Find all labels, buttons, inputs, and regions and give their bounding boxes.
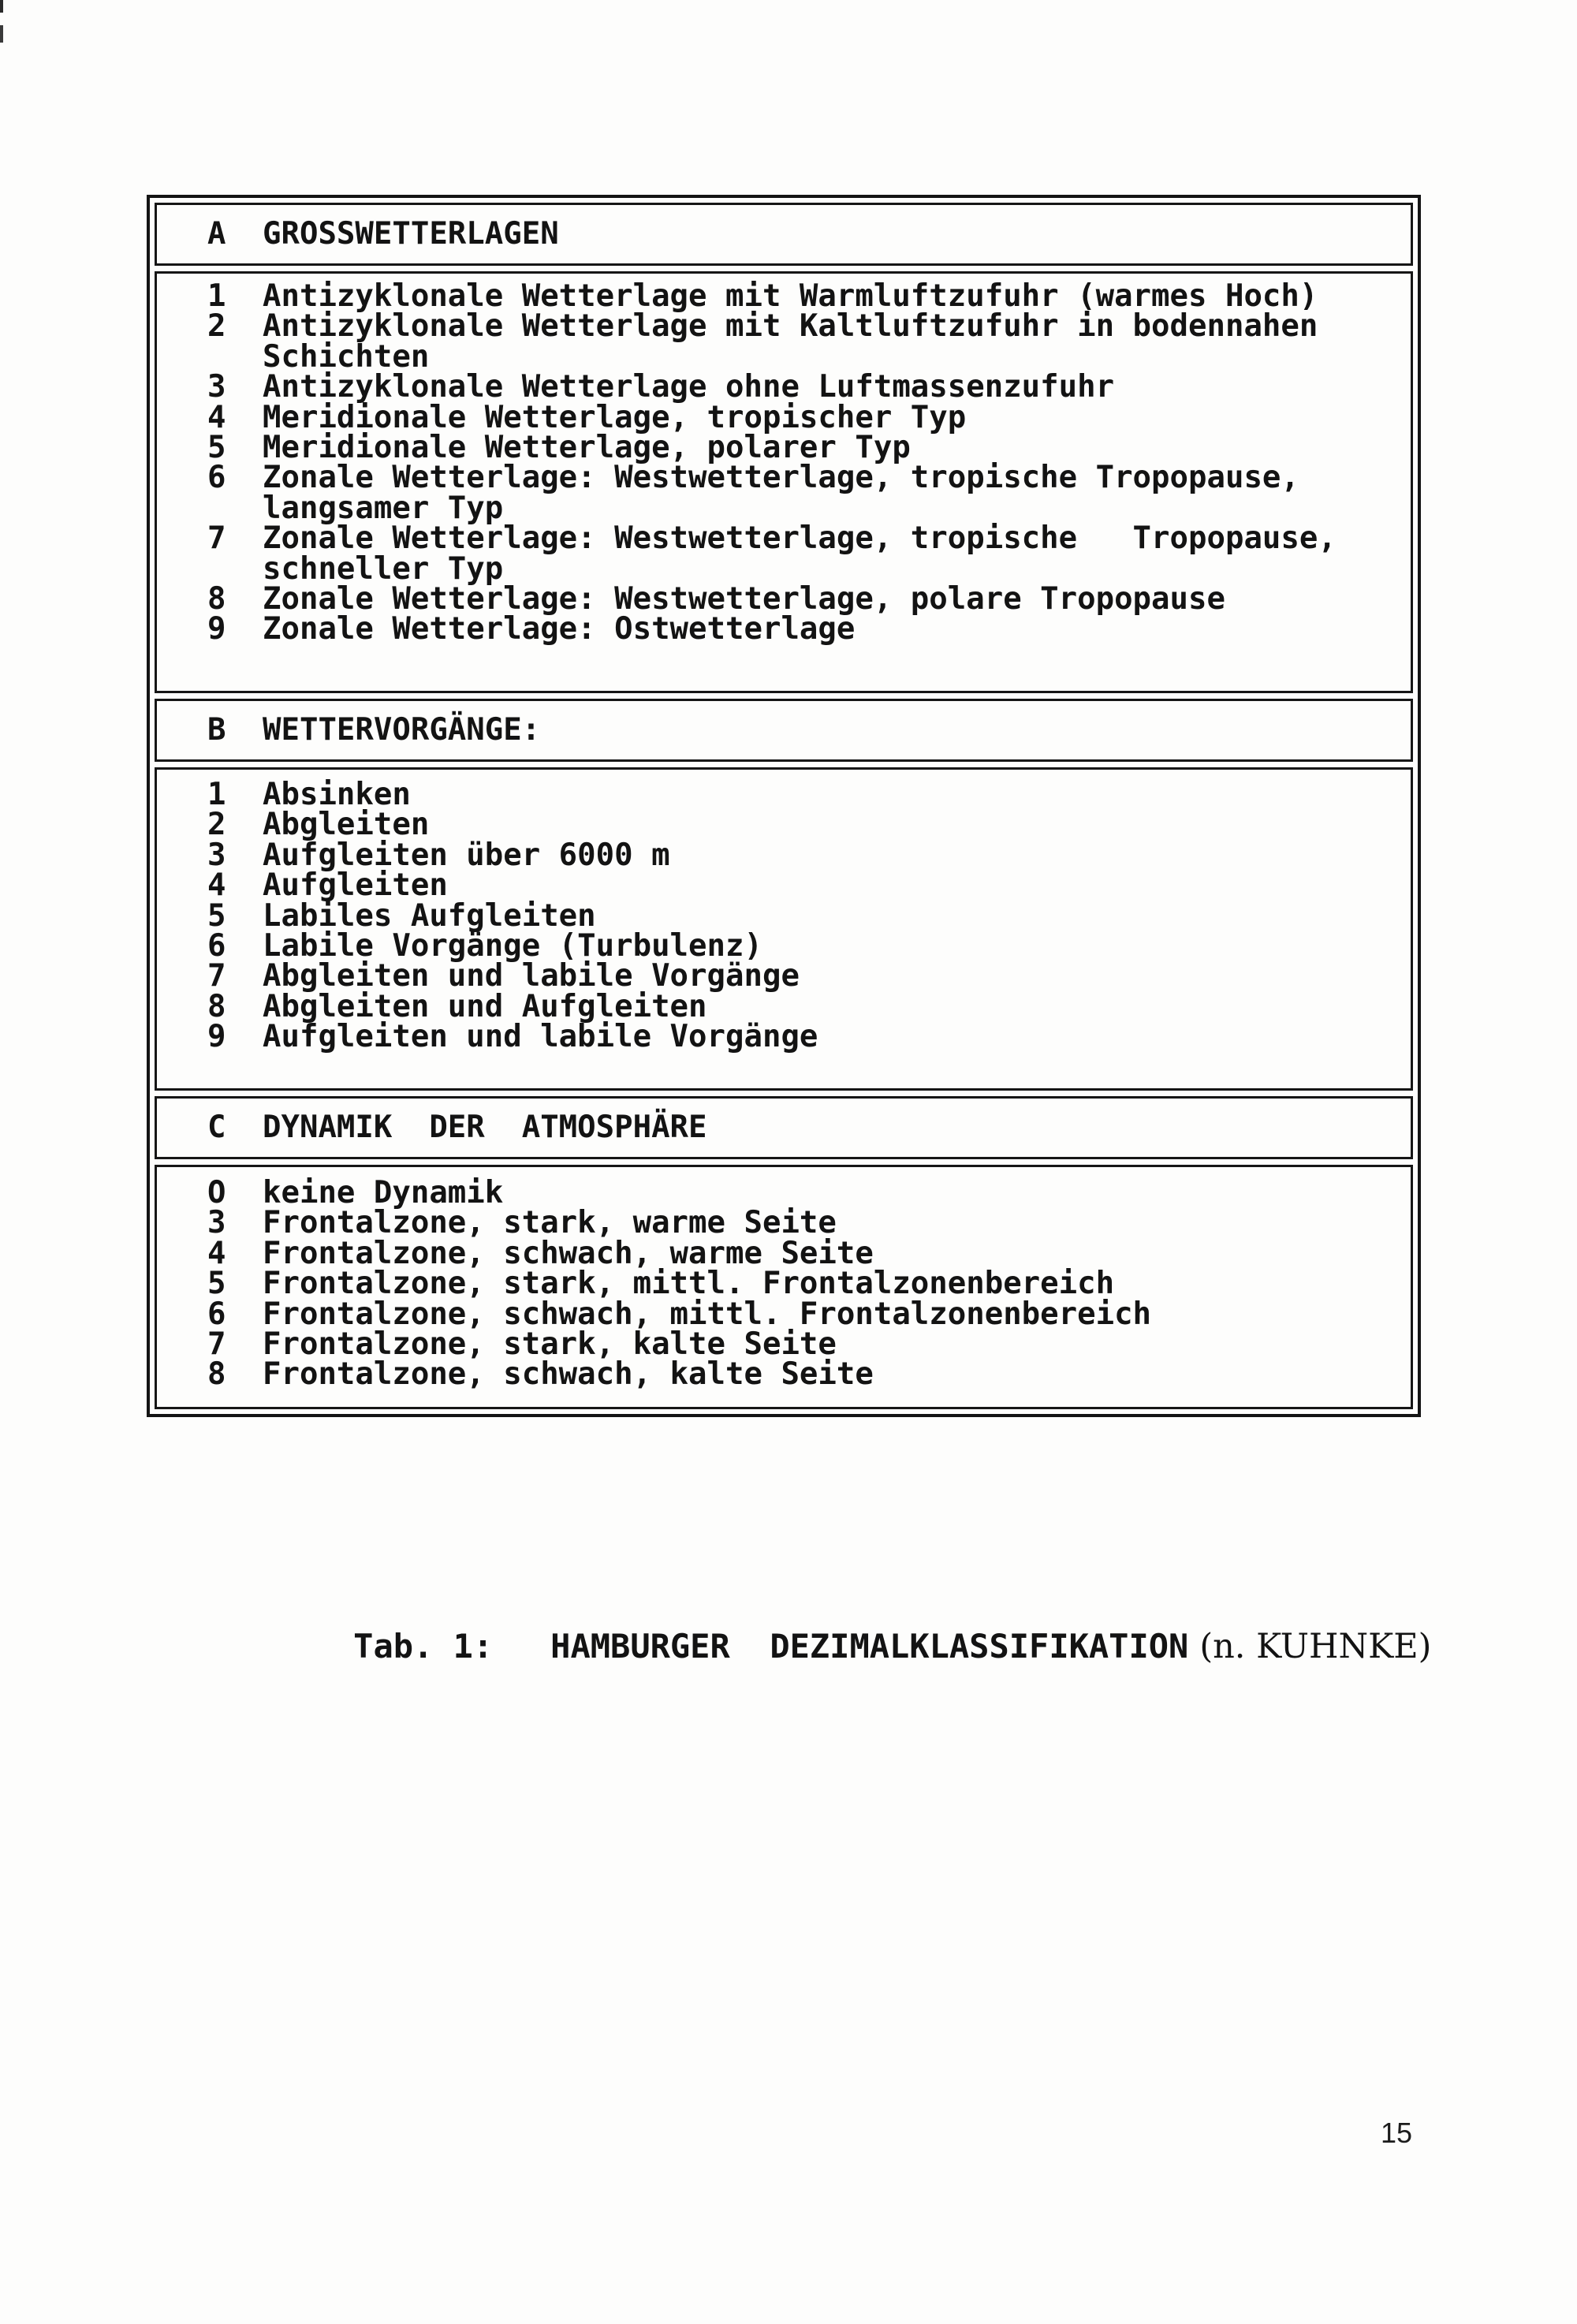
section-A-items: 1Antizyklonale Wetterlage mit Warmluftzu… — [155, 271, 1413, 693]
list-item: 4Meridionale Wetterlage, tropischer Typ — [157, 403, 1411, 433]
list-item: 1Absinken — [157, 780, 1411, 810]
item-text: Aufgleiten über 6000 m — [263, 841, 1411, 871]
list-item: 5Meridionale Wetterlage, polarer Typ — [157, 433, 1411, 463]
item-text: Meridionale Wetterlage, tropischer Typ — [263, 403, 1411, 433]
list-item: 1Antizyklonale Wetterlage mit Warmluftzu… — [157, 282, 1411, 311]
item-number: 6 — [157, 463, 263, 493]
item-number: 2 — [157, 810, 263, 840]
caption-title: HAMBURGER DEZIMALKLASSIFIKATION — [550, 1627, 1188, 1666]
item-number: 3 — [157, 841, 263, 871]
list-item: 4Frontalzone, schwach, warme Seite — [157, 1239, 1411, 1269]
list-item: 8Abgleiten und Aufgleiten — [157, 992, 1411, 1022]
caption-label: Tab. 1: — [353, 1627, 493, 1666]
item-number: 5 — [157, 1269, 263, 1299]
item-number: 3 — [157, 372, 263, 402]
item-number: 7 — [157, 1330, 263, 1360]
section-label: B — [157, 715, 263, 745]
item-number — [157, 494, 263, 524]
item-text: Abgleiten — [263, 810, 1411, 840]
section-B-header: BWETTERVORGÄNGE: — [155, 699, 1413, 762]
item-text: Aufgleiten — [263, 871, 1411, 901]
classification-table: AGROSSWETTERLAGEN1Antizyklonale Wetterla… — [147, 195, 1421, 1417]
item-number: 8 — [157, 1360, 263, 1390]
item-text: Labiles Aufgleiten — [263, 901, 1411, 931]
item-text: Meridionale Wetterlage, polarer Typ — [263, 433, 1411, 463]
item-number: 5 — [157, 433, 263, 463]
list-item: 9Zonale Wetterlage: Ostwetterlage — [157, 614, 1411, 644]
item-text: Frontalzone, stark, kalte Seite — [263, 1330, 1411, 1360]
item-text: Zonale Wetterlage: Westwetterlage, polar… — [263, 584, 1411, 614]
item-text: Zonale Wetterlage: Westwetterlage, tropi… — [263, 524, 1411, 554]
list-item: Schichten — [157, 342, 1411, 372]
section-A-header: AGROSSWETTERLAGEN — [155, 203, 1413, 266]
item-text: Antizyklonale Wetterlage ohne Luftmassen… — [263, 372, 1411, 402]
item-number: 6 — [157, 1300, 263, 1330]
item-number: 4 — [157, 871, 263, 901]
section-C-header: CDYNAMIK DER ATMOSPHÄRE — [155, 1096, 1413, 1159]
item-number: 8 — [157, 584, 263, 614]
list-item: 7Frontalzone, stark, kalte Seite — [157, 1330, 1411, 1360]
item-number: 5 — [157, 901, 263, 931]
item-text: Absinken — [263, 780, 1411, 810]
item-number: 1 — [157, 780, 263, 810]
list-item: 4Aufgleiten — [157, 871, 1411, 901]
list-item: 3Frontalzone, stark, warme Seite — [157, 1208, 1411, 1238]
list-item: 9Aufgleiten und labile Vorgänge — [157, 1022, 1411, 1052]
section-C-items: Okeine Dynamik3Frontalzone, stark, warme… — [155, 1165, 1413, 1409]
item-text: Schichten — [263, 342, 1411, 372]
scanned-document-page: AGROSSWETTERLAGEN1Antizyklonale Wetterla… — [0, 0, 1577, 2324]
section-title: DYNAMIK DER ATMOSPHÄRE — [263, 1113, 1411, 1143]
item-text: Labile Vorgänge (Turbulenz) — [263, 931, 1411, 961]
table-caption: Tab. 1:HAMBURGER DEZIMALKLASSIFIKATION(n… — [274, 1588, 1431, 1705]
item-text: Antizyklonale Wetterlage mit Kaltluftzuf… — [263, 311, 1411, 341]
item-number: 4 — [157, 1239, 263, 1269]
list-item: 8Zonale Wetterlage: Westwetterlage, pola… — [157, 584, 1411, 614]
list-item: 3Aufgleiten über 6000 m — [157, 841, 1411, 871]
item-number: 4 — [157, 403, 263, 433]
item-text: Abgleiten und labile Vorgänge — [263, 961, 1411, 991]
item-text: Zonale Wetterlage: Ostwetterlage — [263, 614, 1411, 644]
section-label: C — [157, 1113, 263, 1143]
scan-artifact — [0, 25, 3, 43]
item-number: 1 — [157, 282, 263, 311]
item-text: Frontalzone, schwach, mittl. Frontalzone… — [263, 1300, 1411, 1330]
item-text: Abgleiten und Aufgleiten — [263, 992, 1411, 1022]
item-number: 3 — [157, 1208, 263, 1238]
list-item: 6Labile Vorgänge (Turbulenz) — [157, 931, 1411, 961]
list-item: 5Labiles Aufgleiten — [157, 901, 1411, 931]
section-label: A — [157, 219, 263, 249]
list-item: 6Zonale Wetterlage: Westwetterlage, trop… — [157, 463, 1411, 493]
list-item: 2Abgleiten — [157, 810, 1411, 840]
item-text: Frontalzone, schwach, kalte Seite — [263, 1360, 1411, 1390]
list-item: 8Frontalzone, schwach, kalte Seite — [157, 1360, 1411, 1390]
section-B-items: 1Absinken2Abgleiten3Aufgleiten über 6000… — [155, 767, 1413, 1091]
item-text: Aufgleiten und labile Vorgänge — [263, 1022, 1411, 1052]
item-text: Antizyklonale Wetterlage mit Warmluftzuf… — [263, 282, 1411, 311]
list-item: schneller Typ — [157, 554, 1411, 584]
item-number: 7 — [157, 961, 263, 991]
item-text: Frontalzone, stark, warme Seite — [263, 1208, 1411, 1238]
item-text: keine Dynamik — [263, 1178, 1411, 1208]
section-title: GROSSWETTERLAGEN — [263, 219, 1411, 249]
item-number: 2 — [157, 311, 263, 341]
item-number: 6 — [157, 931, 263, 961]
list-item: 6Frontalzone, schwach, mittl. Frontalzon… — [157, 1300, 1411, 1330]
item-number: 9 — [157, 1022, 263, 1052]
item-number — [157, 554, 263, 584]
scan-artifact — [0, 0, 3, 13]
list-item: Okeine Dynamik — [157, 1178, 1411, 1208]
list-item: 7Zonale Wetterlage: Westwetterlage, trop… — [157, 524, 1411, 554]
list-item: langsamer Typ — [157, 494, 1411, 524]
item-number: O — [157, 1178, 263, 1208]
item-text: Zonale Wetterlage: Westwetterlage, tropi… — [263, 463, 1411, 493]
list-item: 7Abgleiten und labile Vorgänge — [157, 961, 1411, 991]
page-number: 15 — [1381, 2117, 1412, 2150]
item-number: 9 — [157, 614, 263, 644]
item-number: 7 — [157, 524, 263, 554]
list-item: 5Frontalzone, stark, mittl. Frontalzonen… — [157, 1269, 1411, 1299]
list-item: 3Antizyklonale Wetterlage ohne Luftmasse… — [157, 372, 1411, 402]
list-item: 2Antizyklonale Wetterlage mit Kaltluftzu… — [157, 311, 1411, 341]
caption-credit: (n. KUHNKE) — [1199, 1627, 1431, 1666]
section-title: WETTERVORGÄNGE: — [263, 715, 1411, 745]
item-text: langsamer Typ — [263, 494, 1411, 524]
item-number — [157, 342, 263, 372]
item-text: schneller Typ — [263, 554, 1411, 584]
item-text: Frontalzone, schwach, warme Seite — [263, 1239, 1411, 1269]
item-number: 8 — [157, 992, 263, 1022]
item-text: Frontalzone, stark, mittl. Frontalzonenb… — [263, 1269, 1411, 1299]
